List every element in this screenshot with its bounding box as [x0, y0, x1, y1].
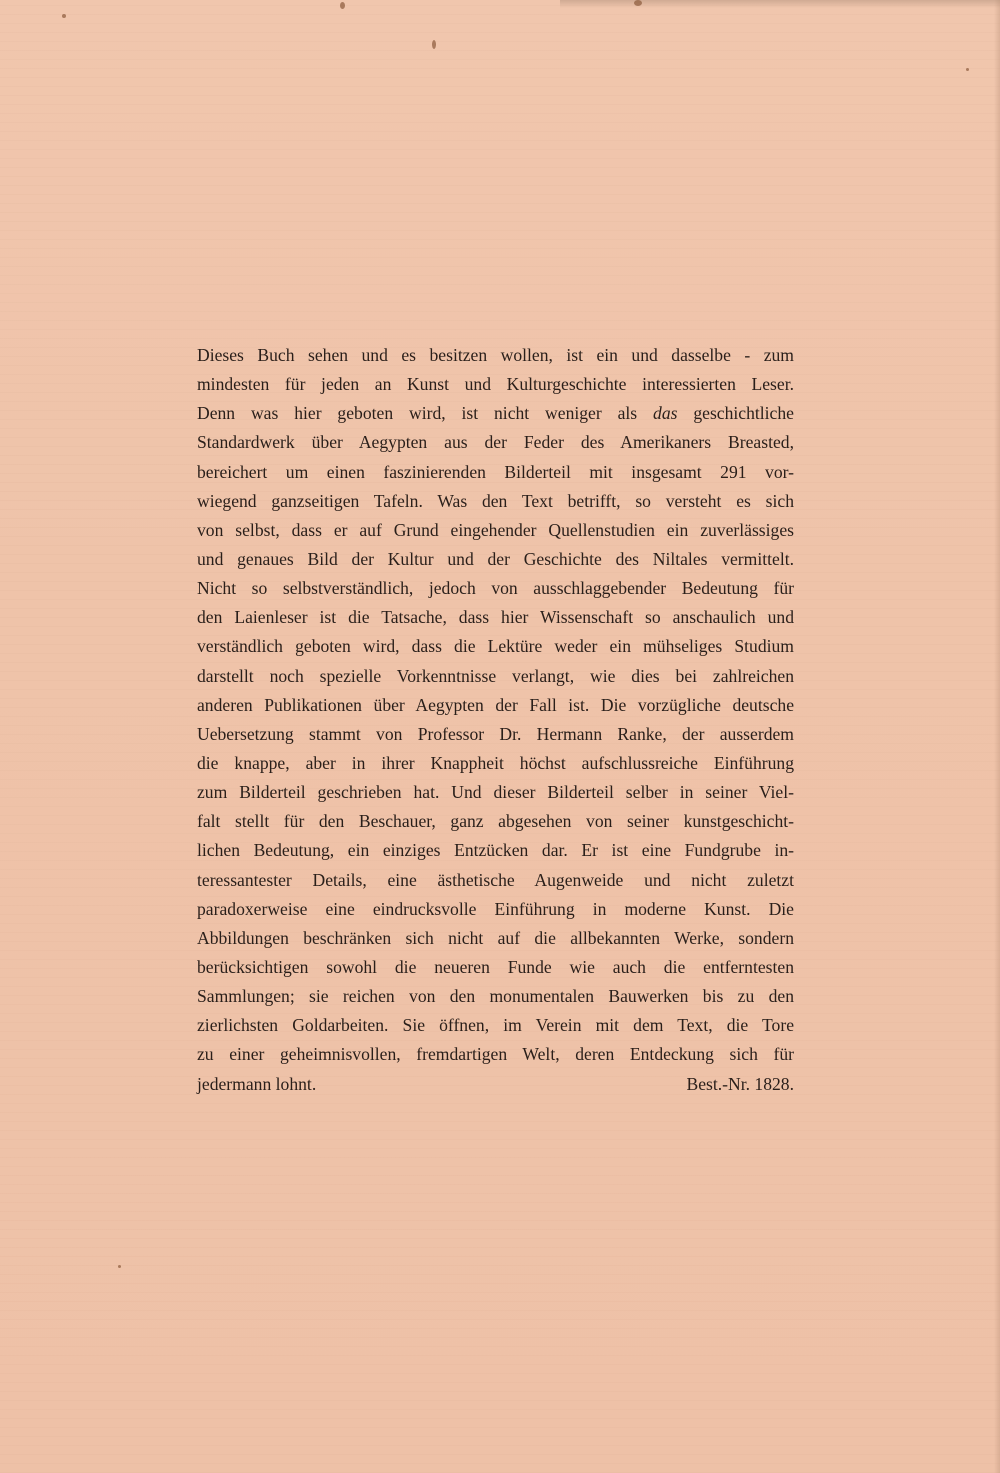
blurb-line: und genaues Bild der Kultur und der Gesc…: [197, 545, 794, 574]
blurb-line: falt stellt für den Beschauer, ganz abge…: [197, 807, 794, 836]
blurb-line: von selbst, dass er auf Grund eingehende…: [197, 516, 794, 545]
blurb-line: die knappe, aber in ihrer Knappheit höch…: [197, 749, 794, 778]
blurb-line: wiegend ganzseitigen Tafeln. Was den Tex…: [197, 487, 794, 516]
blurb-line: zum Bilderteil geschrieben hat. Und dies…: [197, 778, 794, 807]
paper-speck: [966, 68, 969, 71]
blurb-line: Abbildungen beschränken sich nicht auf d…: [197, 924, 794, 953]
blurb-line: verständlich geboten wird, dass die Lekt…: [197, 632, 794, 661]
blurb-line: anderen Publikationen über Aegypten der …: [197, 691, 794, 720]
blurb-line: Denn was hier geboten wird, ist nicht we…: [197, 399, 794, 428]
blurb-final-line: jedermann lohnt. Best.-Nr. 1828.: [197, 1070, 794, 1099]
blurb-line: Uebersetzung stammt von Professor Dr. He…: [197, 720, 794, 749]
back-cover-blurb: Dieses Buch sehen und es besitzen wollen…: [197, 341, 794, 1099]
blurb-line: mindesten für jeden an Kunst und Kulturg…: [197, 370, 794, 399]
blurb-line: darstellt noch spezielle Vorkenntnisse v…: [197, 662, 794, 691]
blurb-line: lichen Bedeutung, ein einziges Entzücken…: [197, 836, 794, 865]
blurb-line-head: Denn was hier geboten wird, ist nicht we…: [197, 403, 637, 423]
blurb-line: zierlichsten Goldarbeiten. Sie öffnen, i…: [197, 1011, 794, 1040]
paper-speck: [340, 2, 345, 9]
paper-speck: [62, 14, 66, 18]
blurb-closing-text: jedermann lohnt.: [197, 1070, 316, 1099]
blurb-line: zu einer geheimnisvollen, fremdartigen W…: [197, 1040, 794, 1069]
blurb-line-tail: geschichtliche: [693, 403, 794, 423]
paper-speck: [118, 1265, 121, 1268]
worn-top-edge: [560, 0, 1000, 8]
blurb-line: Nicht so selbstverständlich, jedoch von …: [197, 574, 794, 603]
blurb-line: bereichert um einen faszinierenden Bilde…: [197, 458, 794, 487]
emphasis-das: das: [653, 403, 677, 423]
worn-right-edge: [994, 0, 1000, 1473]
paper-speck: [432, 40, 436, 49]
blurb-line: Standardwerk über Aegypten aus der Feder…: [197, 428, 794, 457]
order-number: Best.-Nr. 1828.: [686, 1070, 794, 1099]
blurb-line: teressantester Details, eine ästhetische…: [197, 866, 794, 895]
blurb-line: den Laienleser ist die Tatsache, dass hi…: [197, 603, 794, 632]
blurb-line: berücksichtigen sowohl die neueren Funde…: [197, 953, 794, 982]
blurb-line: Sammlungen; sie reichen von den monument…: [197, 982, 794, 1011]
blurb-line: paradoxerweise eine eindrucksvolle Einfü…: [197, 895, 794, 924]
paper-speck: [634, 0, 642, 6]
blurb-line: Dieses Buch sehen und es besitzen wollen…: [197, 341, 794, 370]
